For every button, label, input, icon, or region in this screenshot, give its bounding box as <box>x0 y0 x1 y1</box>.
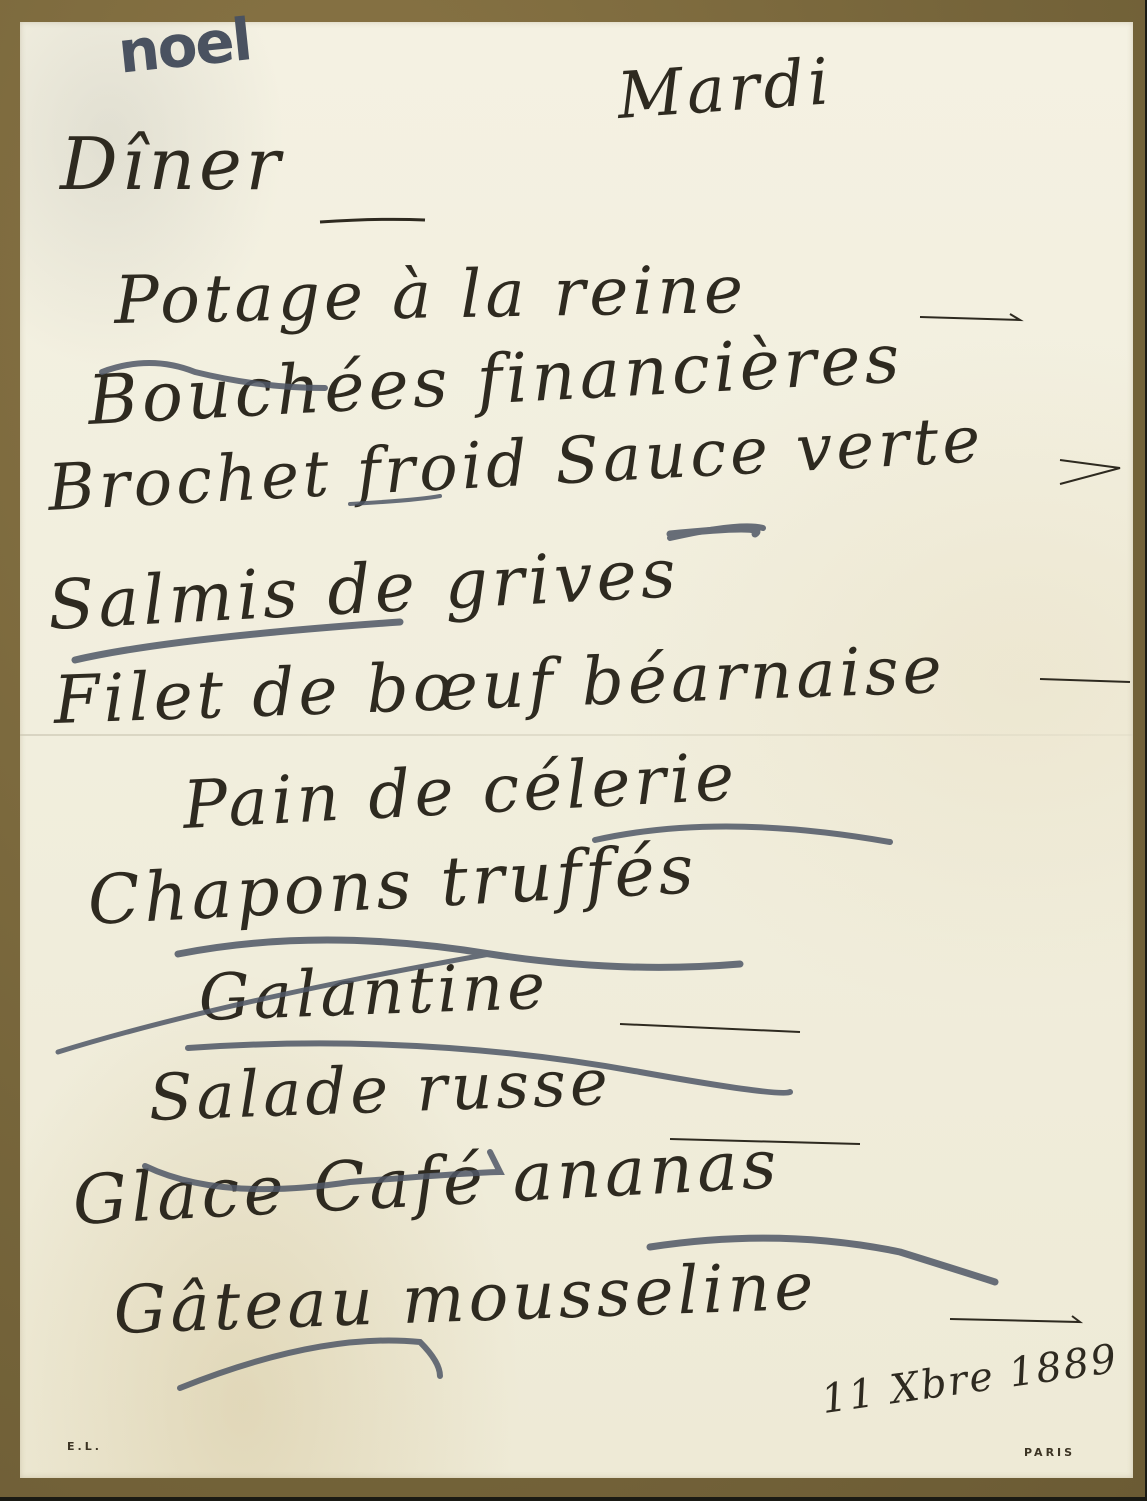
menu-item: Gâteau mousseline <box>112 1247 818 1349</box>
pencil-annotation: noel <box>115 5 254 86</box>
menu-item: Glace Café ananas <box>71 1125 782 1241</box>
imprint-city: PARIS <box>1024 1446 1075 1459</box>
menu-heading: Dîner <box>60 122 284 206</box>
menu-item: Galantine <box>197 950 550 1036</box>
date-signature: 11 Xbre 1889 <box>819 1336 1121 1423</box>
day-label: Mardi <box>615 45 835 134</box>
heading-flourish <box>320 219 425 222</box>
menu-paper: noel Mardi Dîner Potage à la reine Bouch… <box>20 22 1133 1478</box>
menu-item: Pain de célerie <box>181 738 740 844</box>
menu-item: Filet de bœuf béarnaise <box>52 631 947 739</box>
menu-item: Salade russe <box>147 1046 612 1136</box>
imprint-initials: E.L. <box>67 1440 102 1453</box>
menu-item: Salmis de grives <box>46 534 682 646</box>
menu-item: Chapons truffés <box>86 830 700 941</box>
menu-item: Potage à la reine <box>114 251 748 339</box>
menu-card-border: noel Mardi Dîner Potage à la reine Bouch… <box>0 0 1145 1497</box>
